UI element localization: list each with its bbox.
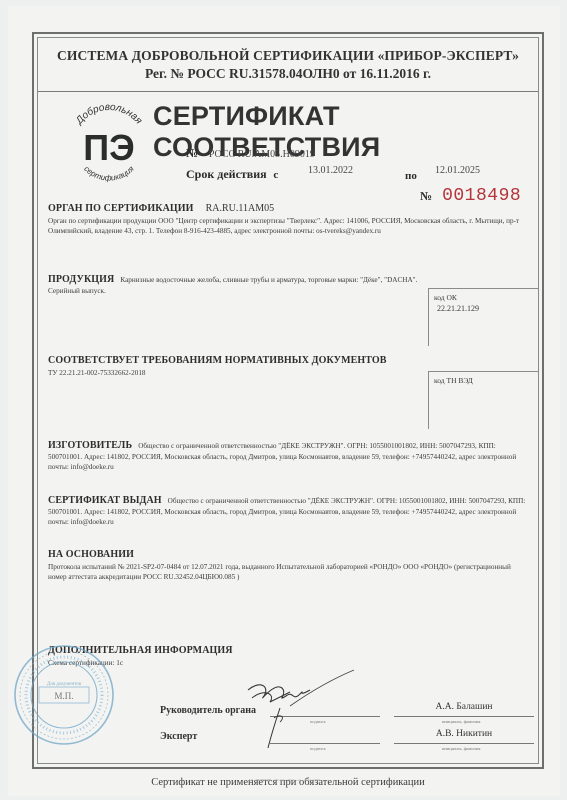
validity-from-label: с [273, 169, 278, 181]
head-name-line [394, 716, 534, 717]
certification-scheme: Схема сертификации: 1с [48, 658, 528, 669]
ok-code-label: код ОК [434, 293, 457, 302]
head-name: А.А. Балашин [394, 702, 534, 712]
validity-to-date: 12.01.2025 [435, 165, 480, 176]
certification-body-text: Орган по сертификации продукции ООО "Цен… [48, 216, 528, 237]
certification-body-code: RA.RU.11АМ05 [206, 203, 275, 214]
expert-name-caption: инициалы, фамилия [442, 746, 481, 751]
system-registration: Рег. № РОСС RU.31578.04ОЛН0 от 16.11.201… [38, 66, 538, 82]
manufacturer-section: ИЗГОТОВИТЕЛЬОбщество с ограниченной отве… [48, 441, 528, 473]
expert-name-line [394, 743, 534, 744]
product-section: ПРОДУКЦИЯКарнизные водосточные желоба, с… [48, 275, 418, 296]
certification-body-section: ОРГАН ПО СЕРТИФИКАЦИИRA.RU.11АМ05 Орган … [48, 204, 528, 237]
manufacturer-heading: ИЗГОТОВИТЕЛЬ [48, 440, 132, 451]
basis-section: НА ОСНОВАНИИ Протокола испытаний № 2021-… [48, 550, 528, 583]
certification-body-heading: ОРГАН ПО СЕРТИФИКАЦИИ [48, 203, 194, 214]
svg-text:Добровольная: Добровольная [73, 102, 144, 127]
certification-system-header: СИСТЕМА ДОБРОВОЛЬНОЙ СЕРТИФИКАЦИИ «ПРИБО… [38, 38, 538, 92]
serial-number-label: № [420, 189, 432, 203]
basis-text: Протокола испытаний № 2021-SP2-07-0484 о… [48, 562, 528, 583]
expert-name: А.В. Никитин [394, 729, 534, 739]
print-info: АО «ОПЦИОН», Москва, 2021, «А», Тираж 00… [8, 778, 560, 782]
additional-info-section: ДОПОЛНИТЕЛЬНАЯ ИНФОРМАЦИЯ Схема сертифик… [48, 646, 528, 668]
official-stamp-icon: Для документов М.П. [12, 643, 116, 747]
validity-to-label: по [405, 170, 417, 182]
tnved-code-label: код ТН ВЭД [434, 376, 473, 385]
issued-to-heading: СЕРТИФИКАТ ВЫДАН [48, 495, 162, 506]
stamp-inner-text: Для документов [47, 682, 82, 687]
product-heading: ПРОДУКЦИЯ [48, 274, 114, 285]
ok-code-value: 22.21.21.129 [437, 304, 533, 313]
pe-logo-icon: Добровольная сертификация ПЭ [59, 96, 159, 196]
logo-top-text: Добровольная [73, 102, 144, 127]
certificate-number: № РОСС RU.АМ05.Н09019 [186, 146, 315, 161]
tnved-code-box: код ТН ВЭД [428, 371, 538, 429]
serial-number-value: 0018498 [442, 186, 521, 206]
basis-heading: НА ОСНОВАНИИ [48, 550, 528, 561]
expert-label: Эксперт [160, 731, 197, 742]
validity-period: Срок действия с 13.01.2022 по 12.01.2025 [186, 167, 546, 182]
validity-label: Срок действия [186, 167, 267, 181]
certificate-number-label: № [186, 146, 198, 160]
certificate-page: СИСТЕМА ДОБРОВОЛЬНОЙ СЕРТИФИКАЦИИ «ПРИБО… [8, 6, 560, 796]
head-name-caption: инициалы, фамилия [442, 719, 481, 724]
serial-number: № 0018498 [420, 186, 521, 206]
signature-icon [230, 668, 360, 758]
stamp-mp-text: М.П. [54, 691, 73, 701]
ok-code-box: код ОК 22.21.21.129 [428, 288, 538, 346]
validity-from-date: 13.01.2022 [308, 165, 353, 176]
certificate-number-value: РОСС RU.АМ05.Н09019 [209, 149, 315, 160]
compliance-heading: СООТВЕТСТВУЕТ ТРЕБОВАНИЯМ НОРМАТИВНЫХ ДО… [48, 356, 528, 367]
system-name: СИСТЕМА ДОБРОВОЛЬНОЙ СЕРТИФИКАЦИИ «ПРИБО… [38, 48, 538, 64]
logo-letters: ПЭ [83, 127, 135, 168]
issued-to-section: СЕРТИФИКАТ ВЫДАНОбщество с ограниченной … [48, 496, 528, 528]
additional-info-heading: ДОПОЛНИТЕЛЬНАЯ ИНФОРМАЦИЯ [48, 646, 528, 657]
